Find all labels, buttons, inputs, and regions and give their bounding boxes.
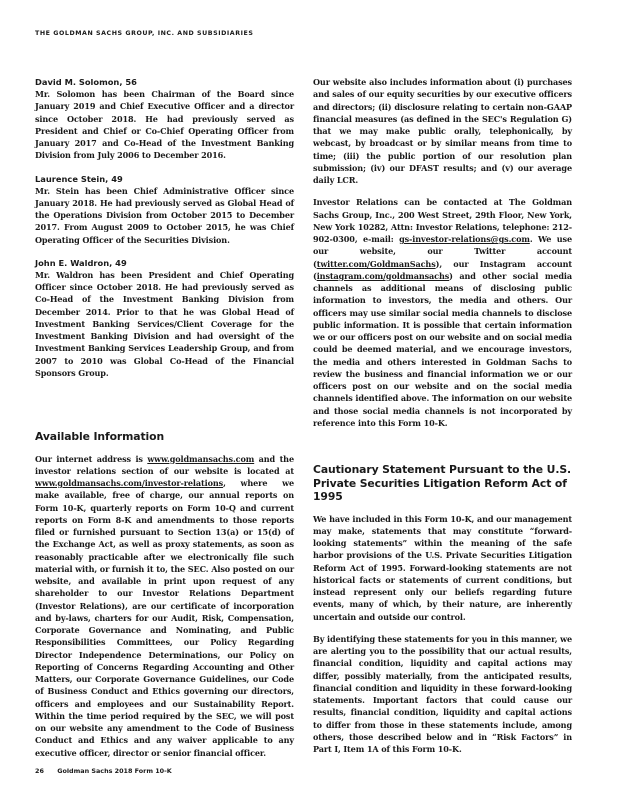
executive-name: Laurence Stein, 49 bbox=[35, 173, 294, 185]
text-run: Our internet address is bbox=[35, 454, 147, 464]
executive-bio: David M. Solomon, 56 Mr. Solomon has bee… bbox=[35, 76, 294, 162]
executive-name: David M. Solomon, 56 bbox=[35, 76, 294, 88]
investor-relations-link[interactable]: www.goldmansachs.com/investor-relations bbox=[35, 478, 223, 488]
executive-bio-text: Mr. Waldron has been President and Chief… bbox=[35, 269, 294, 379]
footer-label: Goldman Sachs 2018 Form 10-K bbox=[57, 767, 171, 775]
ir-email-link[interactable]: gs-investor-relations@gs.com bbox=[399, 234, 530, 244]
section-title-cautionary-statement: Cautionary Statement Pursuant to the U.S… bbox=[313, 463, 572, 504]
right-column: Our website also includes information ab… bbox=[313, 76, 572, 755]
investor-relations-paragraph: Investor Relations can be contacted at T… bbox=[313, 196, 572, 429]
executive-bio: John E. Waldron, 49 Mr. Waldron has been… bbox=[35, 257, 294, 379]
text-run: , where we make available, free of charg… bbox=[35, 478, 294, 758]
executive-bio: Laurence Stein, 49 Mr. Stein has been Ch… bbox=[35, 173, 294, 246]
page-footer: 26 Goldman Sachs 2018 Form 10-K bbox=[35, 767, 172, 775]
page-number: 26 bbox=[35, 767, 55, 775]
running-header: THE GOLDMAN SACHS GROUP, INC. AND SUBSID… bbox=[35, 30, 253, 37]
section-title-available-information: Available Information bbox=[35, 430, 294, 444]
instagram-link[interactable]: instagram.com/goldmansachs bbox=[317, 271, 449, 281]
cautionary-paragraph-2: By identifying these statements for you … bbox=[313, 633, 572, 756]
executive-bio-text: Mr. Solomon has been Chairman of the Boa… bbox=[35, 88, 294, 162]
text-run: ) and other social media channels as add… bbox=[313, 271, 572, 428]
left-column: David M. Solomon, 56 Mr. Solomon has bee… bbox=[35, 76, 294, 759]
twitter-link[interactable]: twitter.com/GoldmanSachs bbox=[317, 259, 436, 269]
executive-bio-text: Mr. Stein has been Chief Administrative … bbox=[35, 185, 294, 246]
available-information-paragraph: Our internet address is www.goldmansachs… bbox=[35, 453, 294, 759]
website-link[interactable]: www.goldmansachs.com bbox=[147, 454, 254, 464]
executive-name: John E. Waldron, 49 bbox=[35, 257, 294, 269]
cautionary-paragraph-1: We have included in this Form 10-K, and … bbox=[313, 513, 572, 623]
website-information-paragraph: Our website also includes information ab… bbox=[313, 76, 572, 186]
